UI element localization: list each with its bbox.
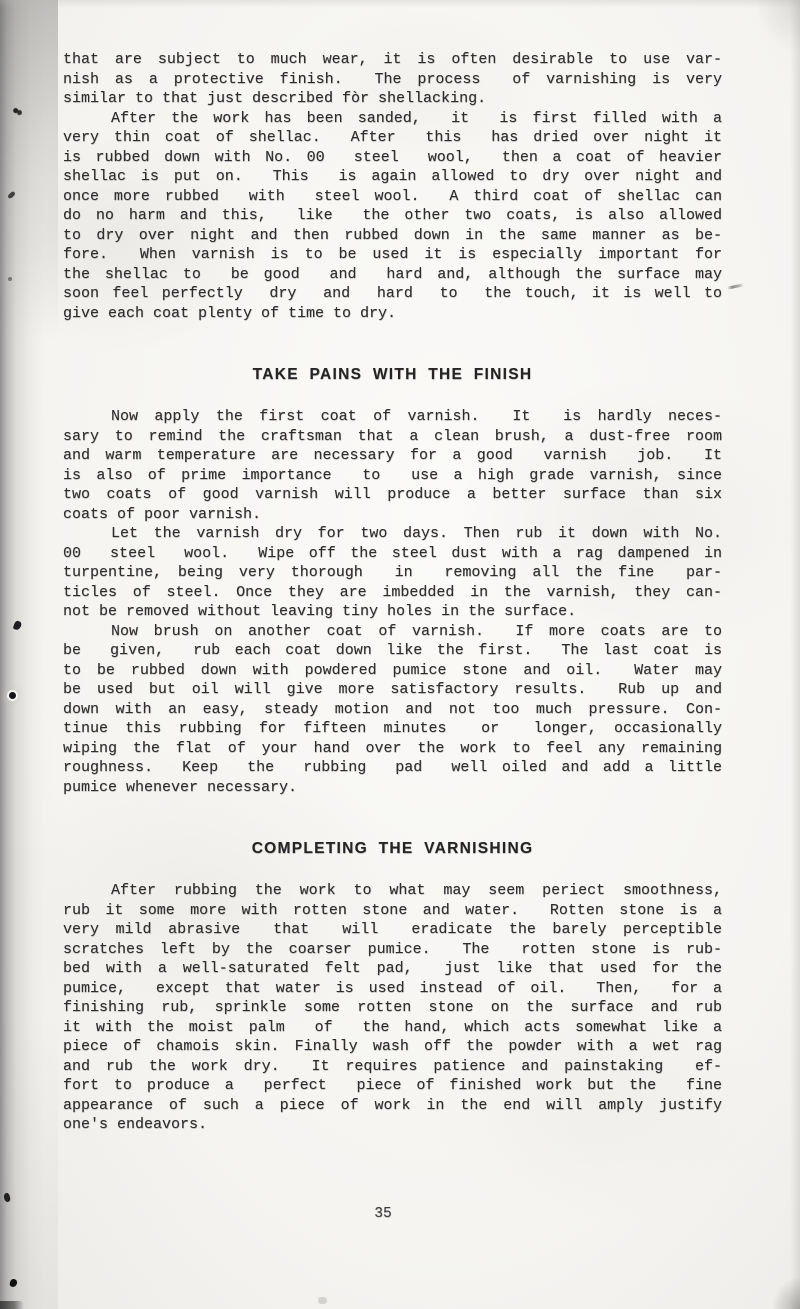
text-line: give each coat plenty of time to dry.: [63, 304, 722, 324]
text-line: appearance of such a piece of work in th…: [63, 1096, 722, 1116]
text-line: and warm temperature are necessary for a…: [63, 446, 722, 466]
text-line: wiping the flat of your hand over the wo…: [63, 739, 722, 759]
text-line: that are subject to much wear, it is oft…: [63, 50, 722, 70]
scan-edge-right: [790, 0, 800, 1309]
text-line: tinue this rubbing for fifteen minutes o…: [63, 719, 722, 739]
text-line: scratches left by the coarser pumice. Th…: [63, 940, 722, 960]
text-line: very mild abrasive that will eradicate t…: [63, 920, 722, 940]
section-heading: TAKE PAINS WITH THE FINISH: [63, 365, 722, 385]
scan-corner-top-right: [756, 0, 800, 52]
text-line: is also of prime importance to use a hig…: [63, 466, 722, 486]
section-heading: COMPLETING THE VARNISHING: [63, 839, 722, 859]
text-line: fore. When varnish is to be used it is e…: [63, 245, 722, 265]
text-line: be given, rub each coat down like the fi…: [63, 641, 722, 661]
text-line: be used but oil will give more satisfact…: [63, 680, 722, 700]
text-line: soon feel perfectly dry and hard to the …: [63, 284, 722, 304]
text-line: one's endeavors.: [63, 1115, 722, 1135]
text-line: After rubbing the work to what may seem …: [63, 881, 722, 901]
text-line: bed with a well-saturated felt pad, just…: [63, 959, 722, 979]
text-line: Now apply the first coat of varnish. It …: [63, 407, 722, 427]
text-line: similar to that just described fòr shell…: [63, 89, 722, 109]
text-line: very thin coat of shellac. After this ha…: [63, 128, 722, 148]
text-line: sary to remind the craftsman that a clea…: [63, 427, 722, 447]
text-line: down with an easy, steady motion and not…: [63, 700, 722, 720]
text-line: fort to produce a perfect piece of finis…: [63, 1076, 722, 1096]
scan-edge-left: [0, 0, 58, 1309]
text-line: pumice whenever necessary.: [63, 778, 722, 798]
page-number: 35: [63, 1206, 703, 1222]
text-line: finishing rub, sprinkle some rotten ston…: [63, 998, 722, 1018]
scan-corner-bottom-left: [0, 1301, 24, 1309]
text-line: coats of poor varnish.: [63, 505, 722, 525]
scanned-book-page: { "colors": { "paper": "#f5f4f1", "ink":…: [0, 0, 800, 1309]
text-line: the shellac to be good and hard and, alt…: [63, 265, 722, 285]
text-line: After the work has been sanded, it is fi…: [63, 109, 722, 129]
text-line: Now brush on another coat of varnish. If…: [63, 622, 722, 642]
text-line: is rubbed down with No. 00 steel wool, t…: [63, 148, 722, 168]
paragraph: Now brush on another coat of varnish. If…: [63, 622, 722, 798]
text-line: and rub the work dry. It requires patien…: [63, 1057, 722, 1077]
text-line: two coats of good varnish will produce a…: [63, 485, 722, 505]
text-line: Let the varnish dry for two days. Then r…: [63, 524, 722, 544]
text-line: nish as a protective finish. The process…: [63, 70, 722, 90]
page-content: that are subject to much wear, it is oft…: [63, 50, 722, 1135]
text-line: to be rubbed down with powdered pumice s…: [63, 661, 722, 681]
scan-smudge: [318, 1297, 327, 1304]
text-line: piece of chamois skin. Finally wash off …: [63, 1037, 722, 1057]
text-line: roughness. Keep the rubbing pad well oil…: [63, 758, 722, 778]
paragraph: Let the varnish dry for two days. Then r…: [63, 524, 722, 622]
scan-edge-top: [0, 0, 800, 8]
text-line: pumice, except that water is used instea…: [63, 979, 722, 999]
text-line: do no harm and this, like the other two …: [63, 206, 722, 226]
text-line: it with the moist palm of the hand, whic…: [63, 1018, 722, 1038]
paragraph: Now apply the first coat of varnish. It …: [63, 407, 722, 524]
text-line: rub it some more with rotten stone and w…: [63, 901, 722, 921]
text-line: 00 steel wool. Wipe off the steel dust w…: [63, 544, 722, 564]
text-line: not be removed without leaving tiny hole…: [63, 602, 722, 622]
paragraph: After rubbing the work to what may seem …: [63, 881, 722, 1135]
text-line: shellac is put on. This is again allowed…: [63, 167, 722, 187]
text-line: ticles of steel. Once they are imbedded …: [63, 583, 722, 603]
pencil-mark: [727, 283, 744, 289]
text-line: once more rubbed with steel wool. A thir…: [63, 187, 722, 207]
paragraph: that are subject to much wear, it is oft…: [63, 50, 722, 109]
paragraph: After the work has been sanded, it is fi…: [63, 109, 722, 324]
text-line: turpentine, being very thorough in remov…: [63, 563, 722, 583]
text-line: to dry over night and then rubbed down i…: [63, 226, 722, 246]
scan-corner-bottom-right: [772, 1277, 800, 1309]
